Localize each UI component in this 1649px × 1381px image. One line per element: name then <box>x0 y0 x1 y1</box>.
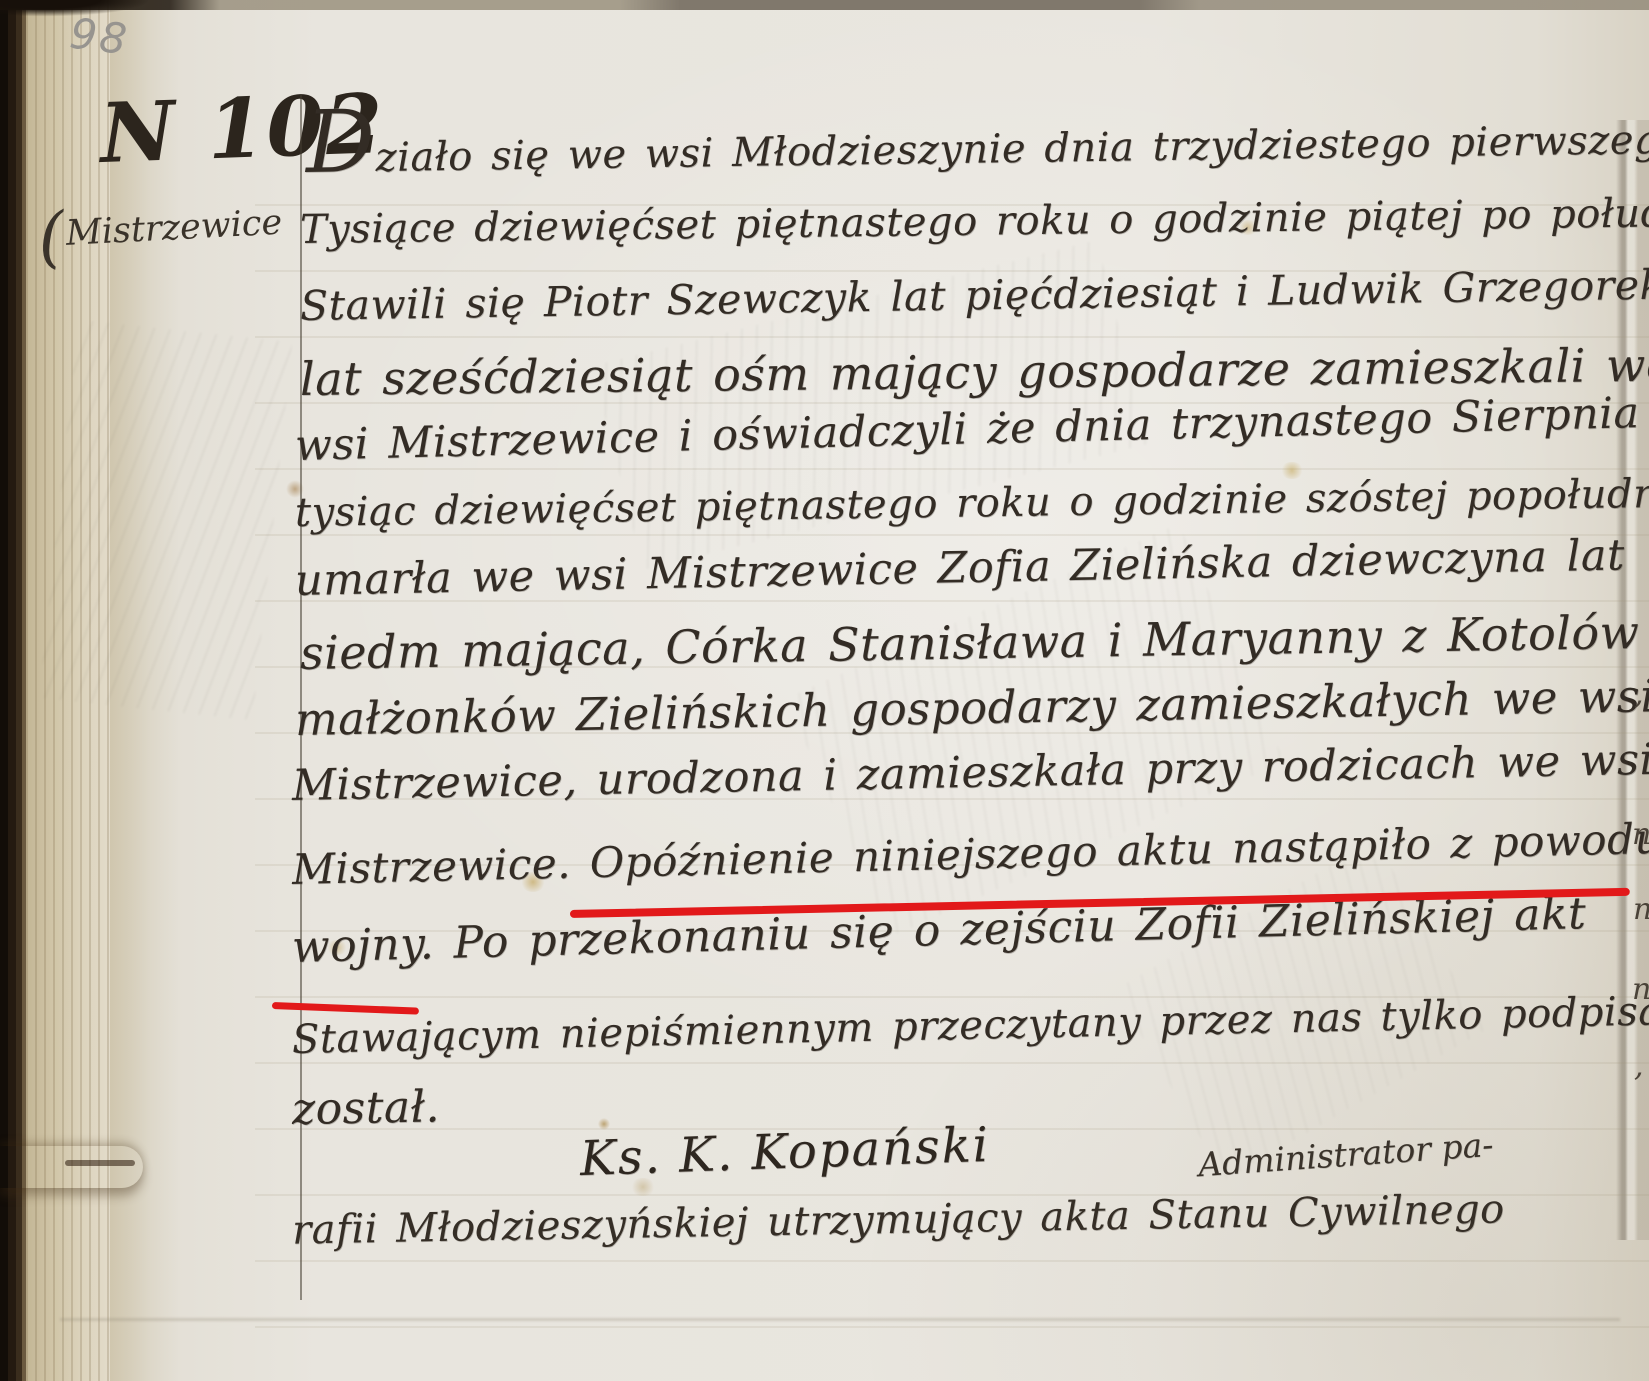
edge-ink-fragment: n <box>1632 820 1649 850</box>
signature-role: Administrator pa- <box>1197 1126 1495 1184</box>
record-footer-line: rafii Młodzieszyńskiej utrzymujący akta … <box>292 1185 1505 1254</box>
record-place-label: (Mistrzewice <box>36 192 284 271</box>
record-line: Mistrzewice. Opóźnienie niniejszego aktu… <box>291 814 1649 895</box>
edge-ink-fragment: , <box>1634 1052 1644 1082</box>
record-line: Tysiące dziewięćset piętnastego roku o g… <box>300 188 1649 254</box>
record-line: siedm mająca, Córka Stanisława i Maryann… <box>300 605 1640 681</box>
binding-cord <box>0 1146 143 1188</box>
scanned-register-page: 98 N 102 (Mistrzewice Działo się we wsi … <box>0 0 1649 1381</box>
record-line: Stawającym niepiśmiennym przeczytany prz… <box>291 986 1649 1064</box>
priest-signature: Ks. K. Kopański <box>544 1116 1026 1190</box>
record-line: tysiąc dziewięćset piętnastego roku o go… <box>295 469 1649 537</box>
record-line: Mistrzewice, urodzona i zamieszkała przy… <box>292 735 1649 813</box>
edge-ink-fragment: n <box>1633 895 1649 925</box>
record-line: umarła we wsi Mistrzewice Zofia Zielińsk… <box>295 530 1626 607</box>
record-line: Stawili się Piotr Szewczyk lat pięćdzies… <box>300 261 1649 332</box>
paper-stain <box>598 1118 610 1130</box>
record-line: został. <box>292 1081 441 1136</box>
record-place-text: Mistrzewice <box>65 203 283 254</box>
red-underline-wojny <box>272 1002 419 1015</box>
pencil-page-number: 98 <box>68 13 132 62</box>
record-line: Działo się we wsi Młodzieszynie dnia trz… <box>306 96 1649 183</box>
page-crease <box>60 1318 1620 1321</box>
page-top-edge <box>0 0 1649 10</box>
record-line: wojny. Po przekonaniu się o zejściu Zofi… <box>291 888 1587 975</box>
margin-parenthesis: ( <box>36 197 66 276</box>
record-line: małżonków Zielińskich gospodarzy zamiesz… <box>295 669 1649 747</box>
edge-ink-fragment: , <box>1634 680 1644 710</box>
edge-ink-fragment: n <box>1632 975 1649 1005</box>
